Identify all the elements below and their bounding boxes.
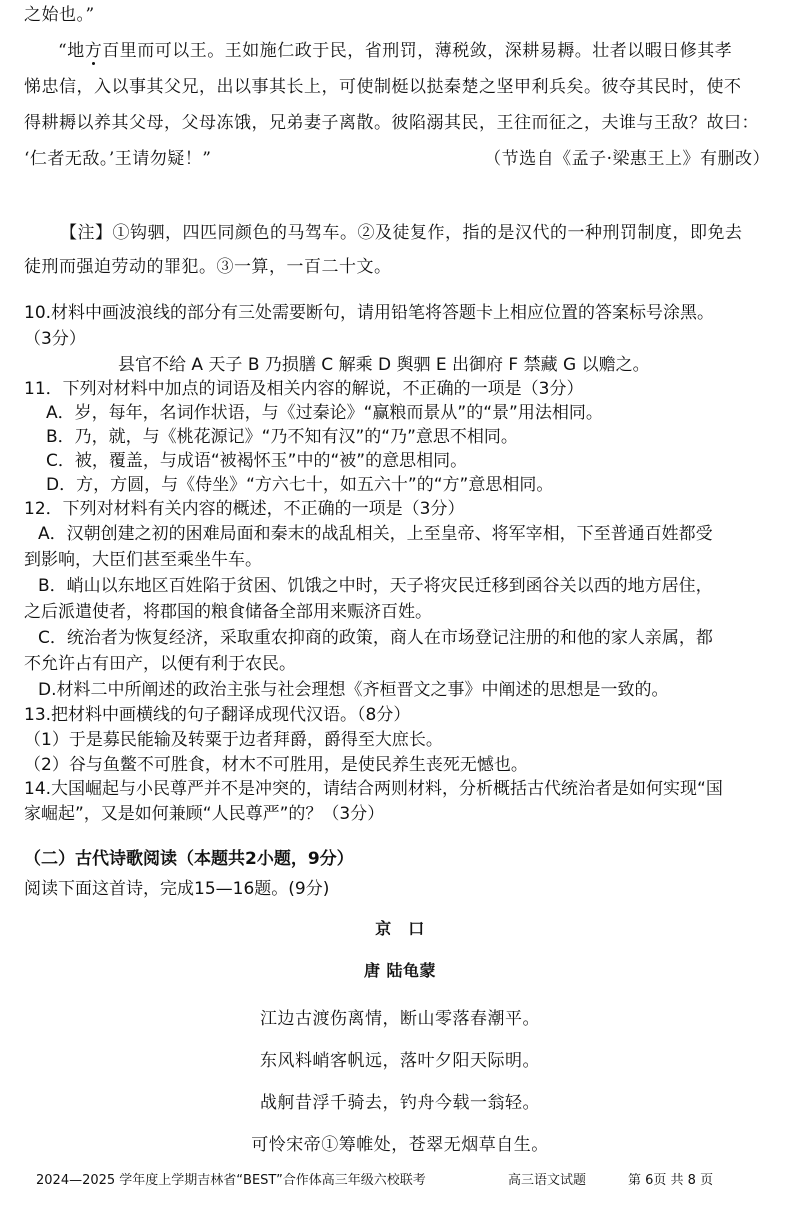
q13-stem: 13.把材料中画横线的句子翻译成现代汉语。（8分） [24, 704, 410, 726]
exam-page: 之始也。” “地方百里而可以王。王如施仁政于民，省刑罚，薄税敛，深耕易耨。壮者以… [0, 0, 800, 1208]
q10-line-2: （3分） [24, 328, 86, 350]
q11-stem: 11．下列对材料中加点的词语及相关内容的解说，不正确的一项是（3分） [24, 378, 583, 400]
q12-option-c-line-1: C．统治者为恢复经济，采取重农抑商的政策，商人在市场登记注册的和他的家人亲属，都 [38, 627, 713, 649]
passage-para2-line-4: ‘仁者无敌。’王请勿疑！” [24, 148, 212, 170]
poem-title: 京 口 [0, 918, 800, 940]
emphasis-dot-char: 方 [85, 41, 103, 61]
notes-line-2: 徒刑而强迫劳动的罪犯。③一算，一百二十文。 [24, 256, 392, 278]
section-2-heading: （二）古代诗歌阅读（本题共2小题，9分） [24, 848, 354, 870]
section-2-instruction: 阅读下面这首诗，完成15—16题。(9分) [24, 878, 329, 900]
q12-option-c-line-2: 不允许占有田产，以便有利于农民。 [24, 653, 296, 675]
passage-para2-line-3: 得耕耨以养其父母，父母冻饿，兄弟妻子离散。彼陷溺其民，王往而征之，夫谁与王敌？故… [24, 112, 759, 134]
q11-option-c: C．被，覆盖，与成语“被褐怀玉”中的“被”的意思相同。 [46, 450, 467, 472]
q12-option-a-line-2: 到影响，大臣们甚至乘坐牛车。 [24, 549, 262, 571]
poem-line-1: 江边古渡伤离情，断山零落春潮平。 [0, 1008, 800, 1030]
q14-line-1: 14.大国崛起与小民尊严并不是冲突的，请结合两则材料，分析概括古代统治者是如何实… [24, 778, 723, 800]
q11-option-b: B．乃，就，与《桃花源记》“乃不知有汉”的“乃”意思不相同。 [46, 426, 518, 448]
q12-option-b-line-1: B．峭山以东地区百姓陷于贫困、饥饿之中时，天子将灾民迁移到函谷关以西的地方居住， [38, 575, 713, 597]
q10-line-1: 10.材料中画波浪线的部分有三处需要断句，请用铅笔将答题卡上相应位置的答案标号涂… [24, 302, 714, 324]
footer-subject: 高三语文试题 [508, 1170, 586, 1192]
q12-option-b-line-2: 之后派遣使者，将郡国的粮食储备全部用来赈济百姓。 [24, 601, 432, 623]
poem-line-2: 东风料峭客帆远，落叶夕阳天际明。 [0, 1050, 800, 1072]
q12-stem: 12．下列对材料有关内容的概述，不正确的一项是（3分） [24, 498, 464, 520]
q12-option-a-line-1: A．汉朝创建之初的困难局面和秦末的战乱相关，上至皇帝、将军宰相，下至普通百姓都受 [38, 523, 713, 545]
q10-sentence: 县官不给 A 天子 B 乃损膳 C 解乘 D 舆驷 E 出御府 F 禁藏 G 以… [118, 354, 650, 376]
passage-para2-line-2: 悌忠信，入以事其父兄，出以事其长上，可使制梃以挞秦楚之坚甲利兵矣。彼夺其民时，使… [24, 76, 742, 98]
q14-line-2: 家崛起”，又是如何兼顾“人民尊严”的？（3分） [24, 803, 384, 825]
q11-option-a: A．岁，每年，名词作状语，与《过秦论》“赢粮而景从”的“景”用法相同。 [46, 402, 603, 424]
passage-source: （节选自《孟子·梁惠王上》有删改） [484, 148, 770, 170]
q12-option-d: D.材料二中所阐述的政治主张与社会理想《齐桓晋文之事》中阐述的思想是一致的。 [38, 679, 669, 701]
footer-page-number: 第 6页 共 8 页 [628, 1170, 713, 1192]
q13-item-1: （1）于是募民能输及转粟于边者拜爵，爵得至大庶长。 [24, 729, 443, 751]
passage-line-0: 之始也。” [24, 4, 95, 26]
poem-line-4: 可怜宋帝①筹帷处，苍翠无烟草自生。 [0, 1134, 800, 1156]
poem-line-3: 战舸昔浮千骑去，钓舟今载一翁轻。 [0, 1092, 800, 1114]
q11-option-d: D．方，方圆，与《侍坐》“方六七十，如五六十”的“方”意思相同。 [46, 474, 553, 496]
footer-exam-name: 2024—2025 学年度上学期吉林省“BEST”合作体高三年级六校联考 [36, 1170, 426, 1192]
passage-para2-line-1: “地方百里而可以王。王如施仁政于民，省刑罚，薄税敛，深耕易耨。壮者以暇日修其孝 [58, 40, 732, 62]
q13-item-2: （2）谷与鱼鳖不可胜食，材木不可胜用，是使民养生丧死无憾也。 [24, 754, 528, 776]
notes-line-1: 【注】①钩驷，四匹同颜色的马驾车。②及徒复作，指的是汉代的一种刑罚制度，即免去 [60, 222, 743, 244]
poem-author: 唐 陆龟蒙 [0, 960, 800, 982]
